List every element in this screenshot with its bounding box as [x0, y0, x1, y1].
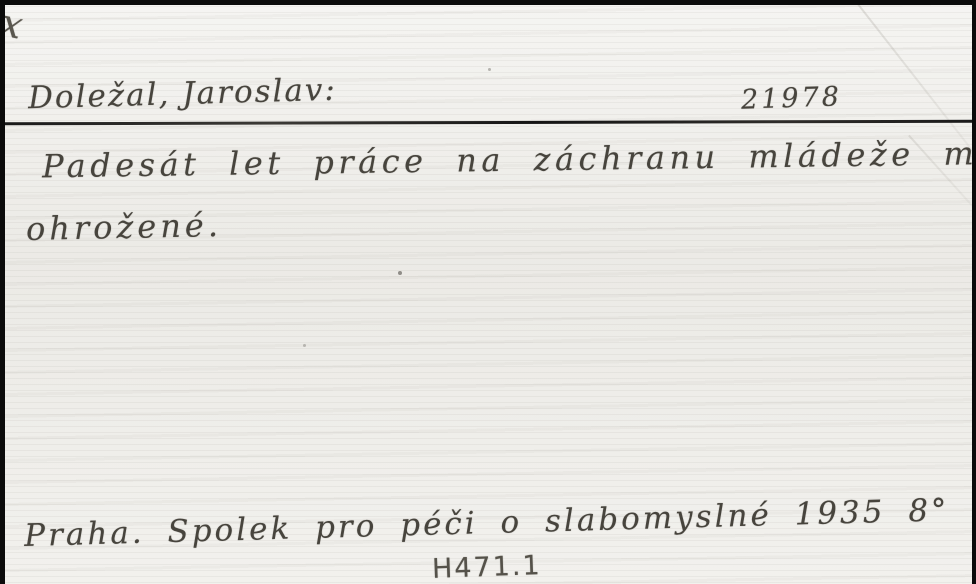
scan-edge-top [0, 0, 976, 5]
call-number: H471.1 [431, 550, 542, 584]
accession-number: 21978 [740, 81, 842, 116]
scan-edge-right [972, 0, 976, 584]
title-line-1: Padesát let práce na záchranu mládeže mr… [42, 133, 976, 186]
scan-edge-left [0, 0, 5, 584]
paper-speck [303, 344, 306, 347]
author-heading: Doležal, Jaroslav: [28, 72, 338, 117]
ruled-divider-line [0, 120, 976, 126]
paper-speck [488, 68, 491, 71]
catalog-card-scan: x Doležal, Jaroslav: 21978 Padesát let p… [0, 0, 976, 584]
title-line-2: ohrožené. [26, 206, 223, 248]
crease-mark [830, 0, 973, 151]
paper-speck [398, 271, 402, 275]
imprint-line: Praha. Spolek pro péči o slabomyslné 193… [24, 488, 976, 554]
